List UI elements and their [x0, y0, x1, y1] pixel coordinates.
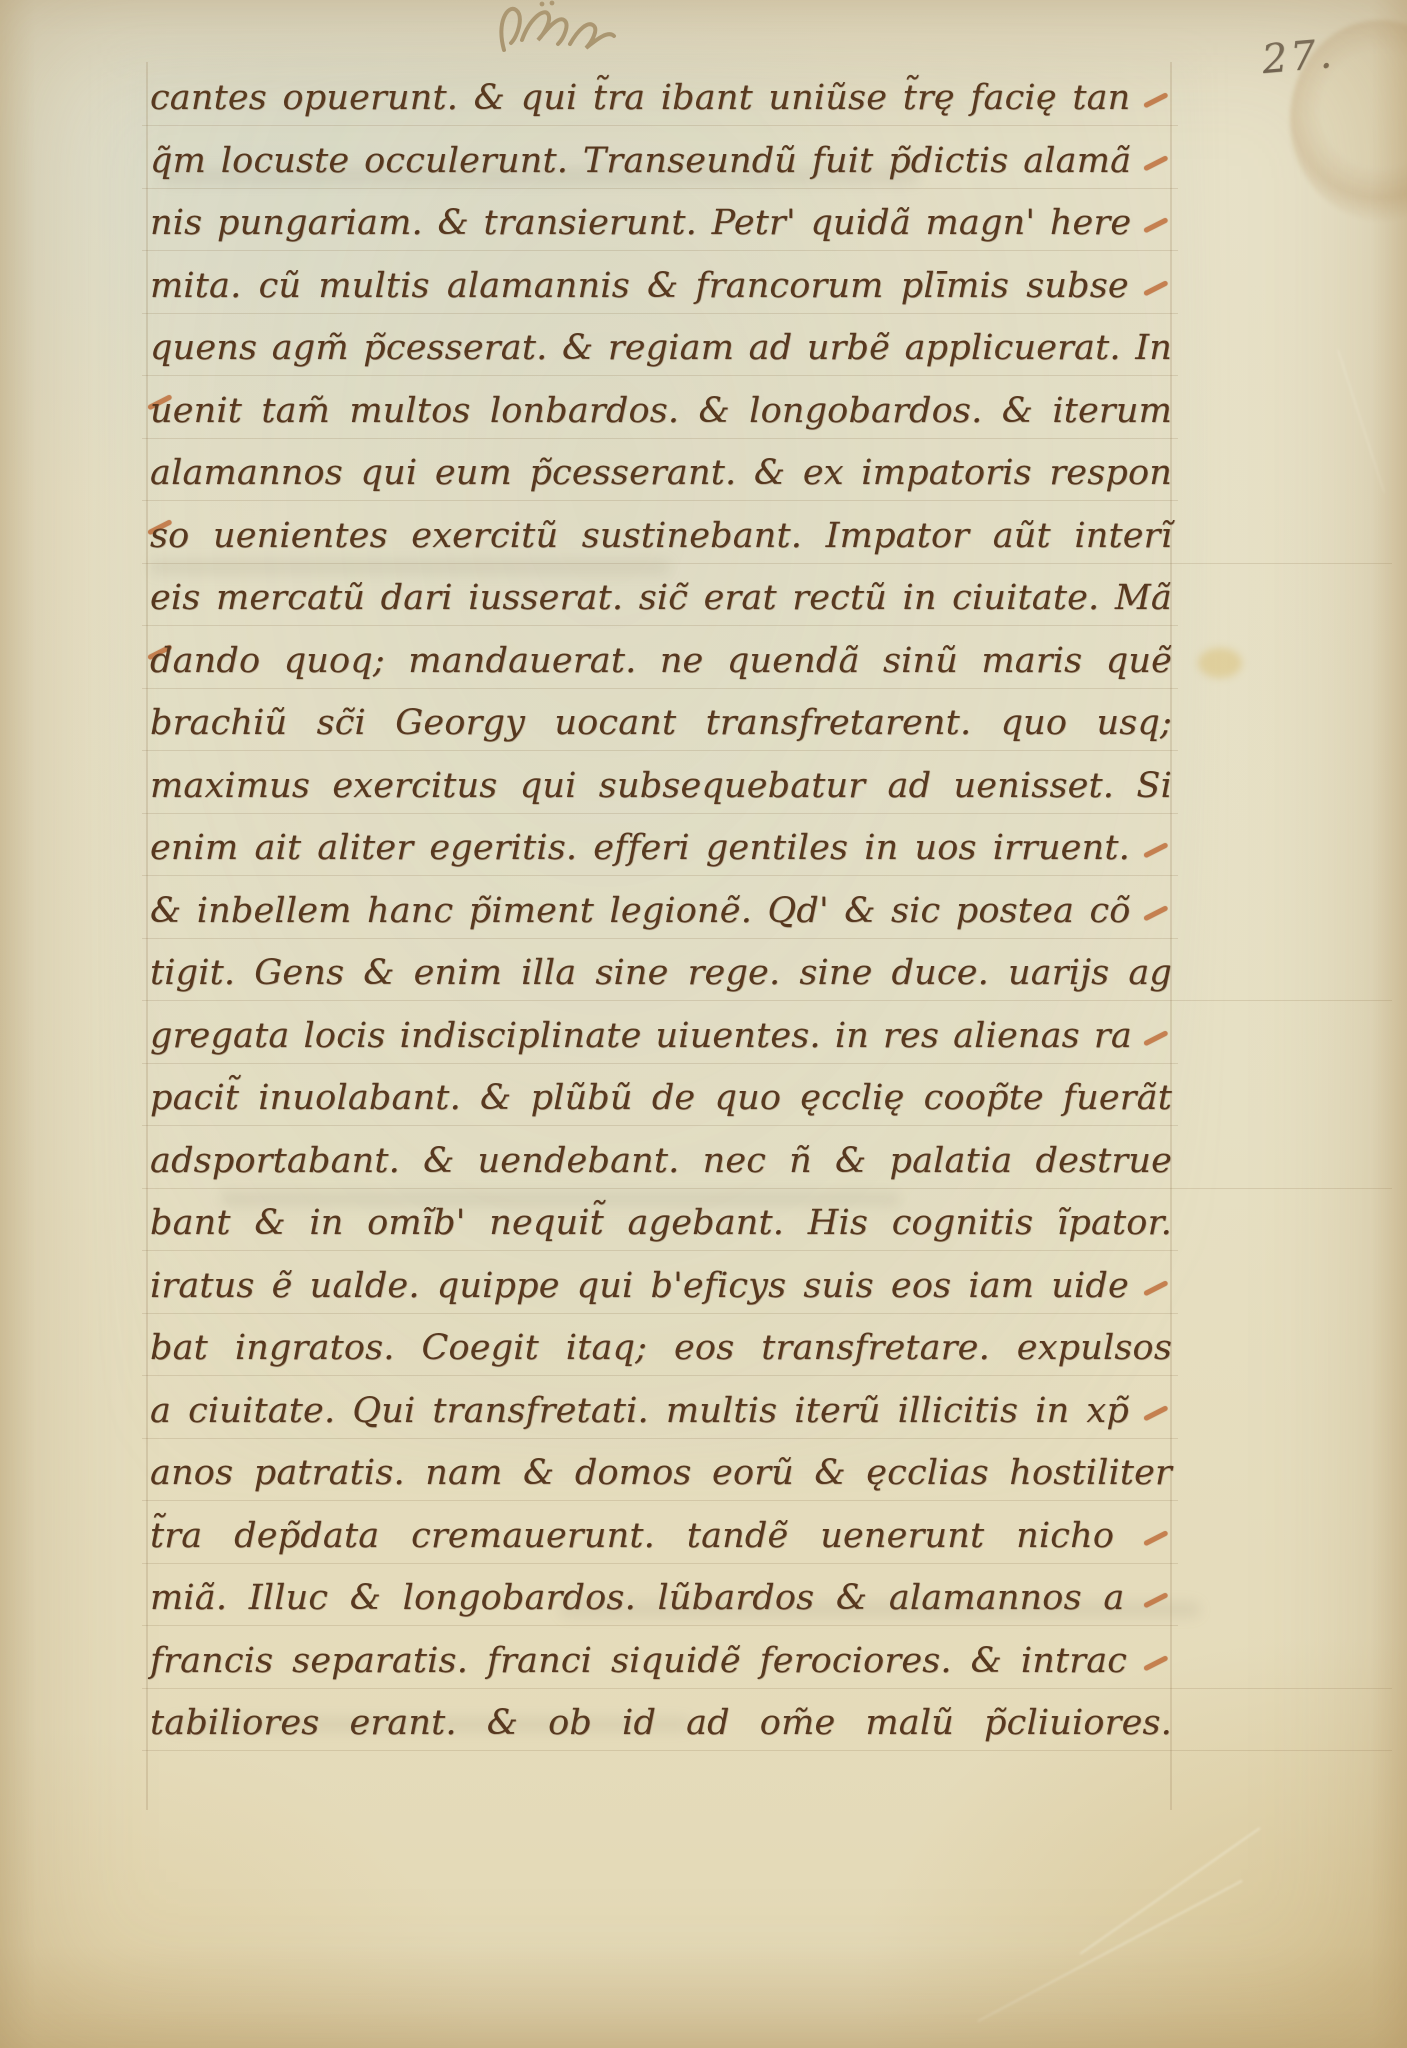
- manuscript-line: anos patratis. nam & domos eorũ & ęcclia…: [150, 1447, 1172, 1503]
- line-text: anos patratis. nam & domos eorũ & ęcclia…: [150, 1453, 1172, 1493]
- line-filler-stroke: [1143, 1405, 1168, 1421]
- line-text: quens agm̃ p̃cesserat. & regiam ad urbẽ …: [150, 328, 1172, 368]
- line-text: tabiliores erant. & ob id ad om̃e malũ p…: [150, 1703, 1172, 1743]
- line-text: & inbellem hanc p̃iment legionẽ. Qd' & s…: [150, 891, 1131, 931]
- manuscript-line: a ciuitate. Qui transfretati. multis ite…: [150, 1385, 1172, 1441]
- manuscript-line: pacit̃ inuolabant. & plũbũ de quo ęcclię…: [150, 1072, 1172, 1128]
- line-text: miã. Illuc & longobardos. lũbardos & ala…: [150, 1578, 1124, 1618]
- line-text: mita. cũ multis alamannis & francorum pl…: [150, 266, 1129, 306]
- line-text: uenit tam̃ multos lonbardos. & longobard…: [150, 391, 1172, 431]
- text-block: cantes opuerunt. & qui t̃ra ibant uniũse…: [0, 0, 1407, 2048]
- line-text: brachiũ sc̃i Georgy uocant transfretaren…: [150, 703, 1172, 743]
- line-text: tigit. Gens & enim illa sine rege. sine …: [150, 953, 1172, 993]
- manuscript-line: mita. cũ multis alamannis & francorum pl…: [150, 260, 1172, 316]
- line-filler-stroke: [1143, 280, 1168, 296]
- manuscript-line: uenit tam̃ multos lonbardos. & longobard…: [150, 385, 1172, 441]
- manuscript-line: dando quoq; mandauerat. ne quendã sinũ m…: [150, 635, 1172, 691]
- manuscript-line: francis separatis. franci siquidẽ feroci…: [150, 1635, 1172, 1691]
- manuscript-line: & inbellem hanc p̃iment legionẽ. Qd' & s…: [150, 885, 1172, 941]
- line-text: enim ait aliter egeritis. efferi gentile…: [150, 828, 1130, 868]
- manuscript-line: cantes opuerunt. & qui t̃ra ibant uniũse…: [150, 72, 1172, 128]
- manuscript-line: tabiliores erant. & ob id ad om̃e malũ p…: [150, 1697, 1172, 1753]
- line-filler-stroke: [1143, 1655, 1168, 1671]
- manuscript-line: quens agm̃ p̃cesserat. & regiam ad urbẽ …: [150, 322, 1172, 378]
- manuscript-line: bant & in omĩb' nequit̃ agebant. His cog…: [150, 1197, 1172, 1253]
- manuscript-line: nis pungariam. & transierunt. Petr' quid…: [150, 197, 1172, 253]
- line-text: alamannos qui eum p̃cesserant. & ex impa…: [150, 453, 1172, 493]
- line-text: eis mercatũ dari iusserat. sic̃ erat rec…: [150, 578, 1172, 618]
- line-text: iratus ẽ ualde. quippe qui b'eficys suis…: [150, 1266, 1129, 1306]
- line-text: a ciuitate. Qui transfretati. multis ite…: [150, 1391, 1129, 1431]
- line-filler-stroke: [1143, 155, 1168, 171]
- line-text: nis pungariam. & transierunt. Petr' quid…: [150, 203, 1131, 243]
- line-filler-stroke: [1143, 1530, 1168, 1546]
- manuscript-line: q̃m locuste occulerunt. Transeundũ fuit …: [150, 135, 1172, 191]
- manuscript-line: miã. Illuc & longobardos. lũbardos & ala…: [150, 1572, 1172, 1628]
- manuscript-line: bat ingratos. Coegit itaq; eos transfret…: [150, 1322, 1172, 1378]
- manuscript-line: alamannos qui eum p̃cesserant. & ex impa…: [150, 447, 1172, 503]
- line-filler-stroke: [1143, 217, 1168, 233]
- manuscript-line: maximus exercitus qui subsequebatur ad u…: [150, 760, 1172, 816]
- manuscript-line: so uenientes exercitũ sustinebant. Impat…: [150, 510, 1172, 566]
- line-filler-stroke: [1143, 1280, 1168, 1296]
- line-text: dando quoq; mandauerat. ne quendã sinũ m…: [150, 641, 1172, 681]
- line-text: q̃m locuste occulerunt. Transeundũ fuit …: [150, 141, 1131, 181]
- manuscript-line: iratus ẽ ualde. quippe qui b'eficys suis…: [150, 1260, 1172, 1316]
- line-filler-stroke: [1143, 92, 1168, 108]
- line-text: cantes opuerunt. & qui t̃ra ibant uniũse…: [150, 78, 1130, 118]
- manuscript-line: enim ait aliter egeritis. efferi gentile…: [150, 822, 1172, 878]
- manuscript-line: eis mercatũ dari iusserat. sic̃ erat rec…: [150, 572, 1172, 628]
- line-text: bant & in omĩb' nequit̃ agebant. His cog…: [150, 1203, 1172, 1243]
- line-text: t̃ra dep̃data cremauerunt. tandẽ uenerun…: [150, 1516, 1114, 1556]
- line-filler-stroke: [1143, 1030, 1168, 1046]
- line-text: maximus exercitus qui subsequebatur ad u…: [150, 766, 1172, 806]
- manuscript-line: tigit. Gens & enim illa sine rege. sine …: [150, 947, 1172, 1003]
- line-text: bat ingratos. Coegit itaq; eos transfret…: [150, 1328, 1172, 1368]
- line-filler-stroke: [1143, 905, 1168, 921]
- manuscript-line: t̃ra dep̃data cremauerunt. tandẽ uenerun…: [150, 1510, 1172, 1566]
- line-filler-stroke: [1143, 1592, 1168, 1608]
- manuscript-line: gregata locis indisciplinate uiuentes. i…: [150, 1010, 1172, 1066]
- manuscript-line: adsportabant. & uendebant. nec ñ & palat…: [150, 1135, 1172, 1191]
- line-text: adsportabant. & uendebant. nec ñ & palat…: [150, 1141, 1172, 1181]
- manuscript-line: brachiũ sc̃i Georgy uocant transfretaren…: [150, 697, 1172, 753]
- line-text: francis separatis. franci siquidẽ feroci…: [150, 1641, 1127, 1681]
- line-filler-stroke: [1143, 842, 1168, 858]
- line-text: pacit̃ inuolabant. & plũbũ de quo ęcclię…: [150, 1078, 1172, 1118]
- manuscript-page: 27. cantes opuerunt. & qui t̃ra ibant un…: [0, 0, 1407, 2048]
- line-text: gregata locis indisciplinate uiuentes. i…: [150, 1016, 1132, 1056]
- line-text: so uenientes exercitũ sustinebant. Impat…: [150, 516, 1172, 556]
